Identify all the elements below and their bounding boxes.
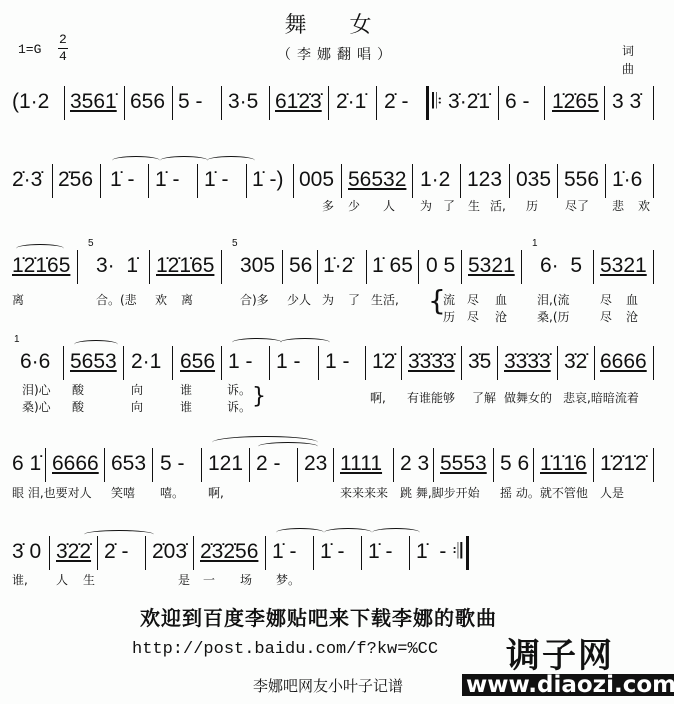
lyrics-row-2: 多 少 人 为 了 生 活, 历 尽了 悲 欢: [0, 197, 674, 213]
measure: 3̇3̇3̇3̇: [408, 350, 455, 374]
lyric: 少人: [287, 291, 311, 308]
lyric: 为: [420, 197, 432, 214]
barline: [461, 250, 462, 284]
tie-arc: [84, 530, 154, 539]
lyric: 啊,: [370, 389, 386, 406]
barline: [401, 346, 402, 380]
barline: [341, 164, 342, 198]
measure: 6· 5: [540, 254, 582, 278]
barline: [433, 448, 434, 482]
lyric: 向: [131, 398, 143, 415]
barline: [265, 536, 266, 570]
lyric: 了: [443, 197, 455, 214]
lyric: 一: [203, 571, 215, 588]
lyrics-row-4: 泪)心 酸 向 谁 诉。 桑)心 酸 向 谁 诉。 } 啊, 有谁能够 了解 做…: [0, 381, 674, 417]
barline: [333, 448, 334, 482]
lyric: 尽: [467, 308, 479, 325]
measure: 5 6: [500, 452, 529, 476]
barline: [460, 164, 461, 198]
measure: 56532: [348, 168, 406, 192]
lyric: 沧: [495, 308, 507, 325]
lyric: 桑)心: [22, 398, 51, 415]
measure: 2̇3̇2̇56: [200, 540, 258, 564]
lyric: 流: [443, 291, 455, 308]
barline: [593, 250, 594, 284]
measure: 𝄆 3̇·2̇1̇: [432, 90, 490, 114]
measure: 6 1̇: [12, 452, 41, 476]
lyric: 悲哀,暗暗流着: [563, 389, 639, 406]
measure: 3̇3̇3̇3̇: [504, 350, 551, 374]
watermark-logo: 调子网: [506, 628, 614, 677]
lyric: 欢: [638, 197, 650, 214]
measure: (1·2: [12, 90, 49, 114]
lyric: 了解: [472, 389, 496, 406]
time-signature-denominator: 4: [59, 49, 67, 64]
barline: [493, 448, 494, 482]
measure: 1 -: [276, 350, 301, 374]
tie-arc: [112, 156, 160, 165]
lyric: 历: [443, 308, 455, 325]
measure: 23: [304, 452, 327, 476]
measure: 6666: [600, 350, 647, 374]
measure: 653: [111, 452, 146, 476]
measure: 56: [289, 254, 312, 278]
measure: 2·1: [131, 350, 161, 374]
measure: 035: [516, 168, 551, 192]
barline: [497, 346, 498, 380]
barline: [269, 86, 270, 120]
lyric: 人: [56, 571, 68, 588]
tie-arc: [207, 156, 255, 165]
barline: [221, 250, 222, 284]
barline: [653, 346, 654, 380]
lyric: 少: [348, 197, 360, 214]
transcriber-credit: 李娜吧网友小叶子记谱: [253, 675, 403, 696]
credits: 词 曲: [622, 42, 634, 78]
measure: 1̇ -: [272, 540, 297, 564]
measure: 1̇ -: [368, 540, 393, 564]
measure: 305: [240, 254, 275, 278]
barline: [123, 346, 124, 380]
measure: 0 5: [426, 254, 455, 278]
measure: 1̇·2̇: [323, 254, 353, 278]
measure: 1̇2̇65: [552, 90, 599, 114]
lyric: 是: [178, 571, 190, 588]
lyric: 尽: [600, 291, 612, 308]
lyric: 血: [495, 291, 507, 308]
barline: [605, 164, 606, 198]
lyrics-row-3: 离 合。(悲 欢 离 合)多 少人 为 了 生活, { 流 尽 血 泪,(流 尽…: [0, 291, 674, 327]
barline: [172, 346, 173, 380]
barline: [604, 86, 605, 120]
barline: [361, 536, 362, 570]
measure: 1 -: [228, 350, 253, 374]
tie-arc: [232, 338, 282, 347]
measure: 3̇ 0: [12, 540, 41, 564]
lyric: 历: [526, 197, 538, 214]
measure: 5321: [468, 254, 515, 278]
measure: 3· 1̇: [96, 254, 138, 278]
barline: [246, 164, 247, 198]
measure: 1̇ -: [155, 168, 180, 192]
measure: 3·5: [228, 90, 258, 114]
measure: 5 -: [178, 90, 203, 114]
lyric: 生: [468, 197, 480, 214]
barline: [461, 346, 462, 380]
lyric: 诉。: [227, 398, 251, 415]
lyric: 离: [181, 291, 193, 308]
time-signature-numerator: 2: [58, 32, 68, 49]
measure: 6·6: [20, 350, 50, 374]
lyric: 尽了: [565, 197, 589, 214]
barline: [653, 250, 654, 284]
measure: 3 3̇: [612, 90, 641, 114]
barline: [593, 448, 594, 482]
barline: [63, 346, 64, 380]
measure: 123: [467, 168, 502, 192]
lyric: 人是: [600, 484, 624, 501]
lyricist-label: 词: [622, 42, 634, 60]
measure: 5553: [440, 452, 487, 476]
barline: [100, 164, 101, 198]
lyric: 谁,: [12, 571, 28, 588]
barline: [77, 250, 78, 284]
repeat-end-barline: [466, 536, 469, 570]
score-row-1: (1·2 3561̇ 656 5 - 3·5 61̇2̇3̇ 2̇·1̇ 2̇ …: [0, 90, 674, 130]
barline: [498, 86, 499, 120]
lyric: 离: [12, 291, 24, 308]
barline: [124, 86, 125, 120]
barline: [393, 448, 394, 482]
lyric: 诉。: [227, 381, 251, 398]
barline: [412, 164, 413, 198]
lyric: 为: [322, 291, 334, 308]
barline: [49, 536, 50, 570]
barline: [653, 448, 654, 482]
measure: 1̇2̇1̇2̇: [600, 452, 647, 476]
lyric: 笑嘻: [111, 484, 135, 501]
barline: [653, 164, 654, 198]
measure: 6 -: [505, 90, 530, 114]
repeat-start-barline: [426, 86, 429, 120]
barline: [594, 346, 595, 380]
barline: [509, 164, 510, 198]
barline: [152, 448, 153, 482]
barline: [328, 86, 329, 120]
barline: [366, 250, 367, 284]
barline: [104, 448, 105, 482]
measure: 2̇56: [58, 168, 93, 192]
measure: 1̇1̇1̇6: [540, 452, 587, 476]
barline: [52, 164, 53, 198]
tie-arc: [276, 528, 324, 537]
lyric: 嘻。: [160, 484, 184, 501]
composer-label: 曲: [622, 60, 634, 78]
barline: [45, 448, 46, 482]
lyrics-row-5: 眼 泪,也要对人 笑嘻 嘻。 啊, 来来来来 跳 舞,脚步开始 摇 动。就不管他…: [0, 484, 674, 500]
barline: [269, 346, 270, 380]
measure: 1̇ -: [204, 168, 229, 192]
lyric: 合)多: [240, 291, 269, 308]
lyric: 向: [131, 381, 143, 398]
barline: [148, 164, 149, 198]
barline: [64, 86, 65, 120]
watermark-site-link[interactable]: www.diaozi.com: [462, 674, 674, 696]
lyric: 眼 泪,也要对人: [12, 484, 92, 501]
barline: [197, 164, 198, 198]
lyric: 尽: [467, 291, 479, 308]
tie-arc: [160, 156, 208, 165]
measure: 1̇·6: [612, 168, 642, 192]
lyric: 酸: [72, 398, 84, 415]
lyric: 啊,: [208, 484, 224, 501]
lyric: 摇 动。就不管他: [500, 484, 588, 501]
lyric: 欢: [155, 291, 167, 308]
measure: 6666: [52, 452, 99, 476]
lyric: 桑,(历: [537, 308, 570, 325]
lyric: 有谁能够: [407, 389, 455, 406]
song-subtitle: （李娜翻唱）: [0, 44, 674, 64]
lyric: 做舞女的: [504, 389, 552, 406]
measure: 1111: [340, 452, 382, 476]
barline: [557, 346, 558, 380]
lyric: 合。(悲: [96, 291, 137, 308]
grace-note: 5: [88, 238, 94, 249]
grace-note: 5: [232, 238, 238, 249]
measure: 556: [564, 168, 599, 192]
key-signature: 1=G: [18, 42, 41, 57]
barline: [318, 346, 319, 380]
lyric: 谁: [180, 398, 192, 415]
measure: 2̇·1̇: [336, 90, 366, 114]
barline: [149, 250, 150, 284]
measure: 2 3: [400, 452, 429, 476]
grace-note: 1: [532, 238, 538, 249]
barline: [557, 164, 558, 198]
barline: [97, 536, 98, 570]
barline: [201, 448, 202, 482]
barline: [145, 536, 146, 570]
slur-arc: [258, 442, 318, 451]
measure: 61̇2̇3̇: [275, 90, 322, 114]
measure: 1̇ -): [252, 168, 284, 192]
barline: [297, 448, 298, 482]
lyric: 酸: [72, 381, 84, 398]
lyric: 多: [322, 197, 334, 214]
measure: 2̇·3̇: [12, 168, 42, 192]
measure: 1̇2̇1̇65: [156, 254, 214, 278]
tie-arc: [372, 528, 420, 537]
lyric: 沧: [626, 308, 638, 325]
measure: 005: [299, 168, 334, 192]
measure: 656: [130, 90, 165, 114]
measure: 3̇2̇2̇: [56, 540, 91, 564]
lyric: 泪,(流: [537, 291, 570, 308]
measure: 3561̇: [70, 90, 117, 114]
lyric: 悲: [612, 197, 624, 214]
lyric: 人: [383, 197, 395, 214]
measure: 1̇ - 𝄇: [416, 540, 462, 564]
lyric: 来来来来: [340, 484, 388, 501]
measure: 1̇2̇: [372, 350, 395, 374]
barline: [317, 250, 318, 284]
grace-note: 1: [14, 334, 20, 345]
measure: 3̇5: [468, 350, 491, 374]
measure: 3̇2̇: [564, 350, 587, 374]
measure: 5 -: [160, 452, 185, 476]
barline: [376, 86, 377, 120]
lyric: 跳 舞,脚步开始: [400, 484, 480, 501]
tie-arc: [280, 338, 330, 347]
slur-arc: [74, 340, 118, 349]
barline: [533, 448, 534, 482]
welcome-banner: 欢迎到百度李娜贴吧来下载李娜的歌曲: [140, 602, 497, 631]
measure: 1̇ 65: [372, 254, 413, 278]
barline: [409, 536, 410, 570]
measure: 1·2: [420, 168, 450, 192]
song-title: 舞 女: [0, 8, 674, 39]
barline: [282, 250, 283, 284]
barline: [521, 250, 522, 284]
barline: [313, 536, 314, 570]
slur-arc: [16, 244, 64, 253]
lyric: 生活,: [371, 291, 399, 308]
tie-arc: [324, 528, 372, 537]
measure: 5653: [70, 350, 117, 374]
lyric: 场: [240, 571, 252, 588]
barline: [172, 86, 173, 120]
barline: [221, 86, 222, 120]
barline: [221, 346, 222, 380]
measure: 121: [208, 452, 243, 476]
verse-brace-close: }: [252, 383, 266, 411]
lyric: 了: [348, 291, 360, 308]
barline: [653, 86, 654, 120]
lyrics-row-6: 谁, 人 生 是 一 场 梦。: [0, 571, 674, 587]
source-url[interactable]: http://post.baidu.com/f?kw=%CC: [132, 640, 438, 659]
measure: 5321: [600, 254, 647, 278]
barline: [544, 86, 545, 120]
barline: [193, 536, 194, 570]
measure: 1 -: [325, 350, 350, 374]
lyric: 血: [626, 291, 638, 308]
score-row-3: 1̇2̇1̇65 5 3· 1̇ 1̇2̇1̇65 5 305 56 1̇·2̇…: [0, 254, 674, 294]
lyric: 活,: [490, 197, 506, 214]
measure: 1̇ -: [320, 540, 345, 564]
barline: [418, 250, 419, 284]
measure: 1̇2̇1̇65: [12, 254, 70, 278]
barline: [293, 164, 294, 198]
measure: 656: [180, 350, 215, 374]
barline: [365, 346, 366, 380]
measure: 1̇ -: [110, 168, 135, 192]
measure: 2 -: [256, 452, 281, 476]
measure: 2̇03̇: [152, 540, 187, 564]
time-signature: 2 4: [58, 32, 68, 65]
barline: [249, 448, 250, 482]
lyric: 梦。: [276, 571, 300, 588]
lyric: 泪)心: [22, 381, 51, 398]
lyric: 生: [83, 571, 95, 588]
measure: 2̇ -: [104, 540, 129, 564]
measure: 2̇ -: [384, 90, 409, 114]
lyric: 尽: [600, 308, 612, 325]
lyric: 谁: [180, 381, 192, 398]
